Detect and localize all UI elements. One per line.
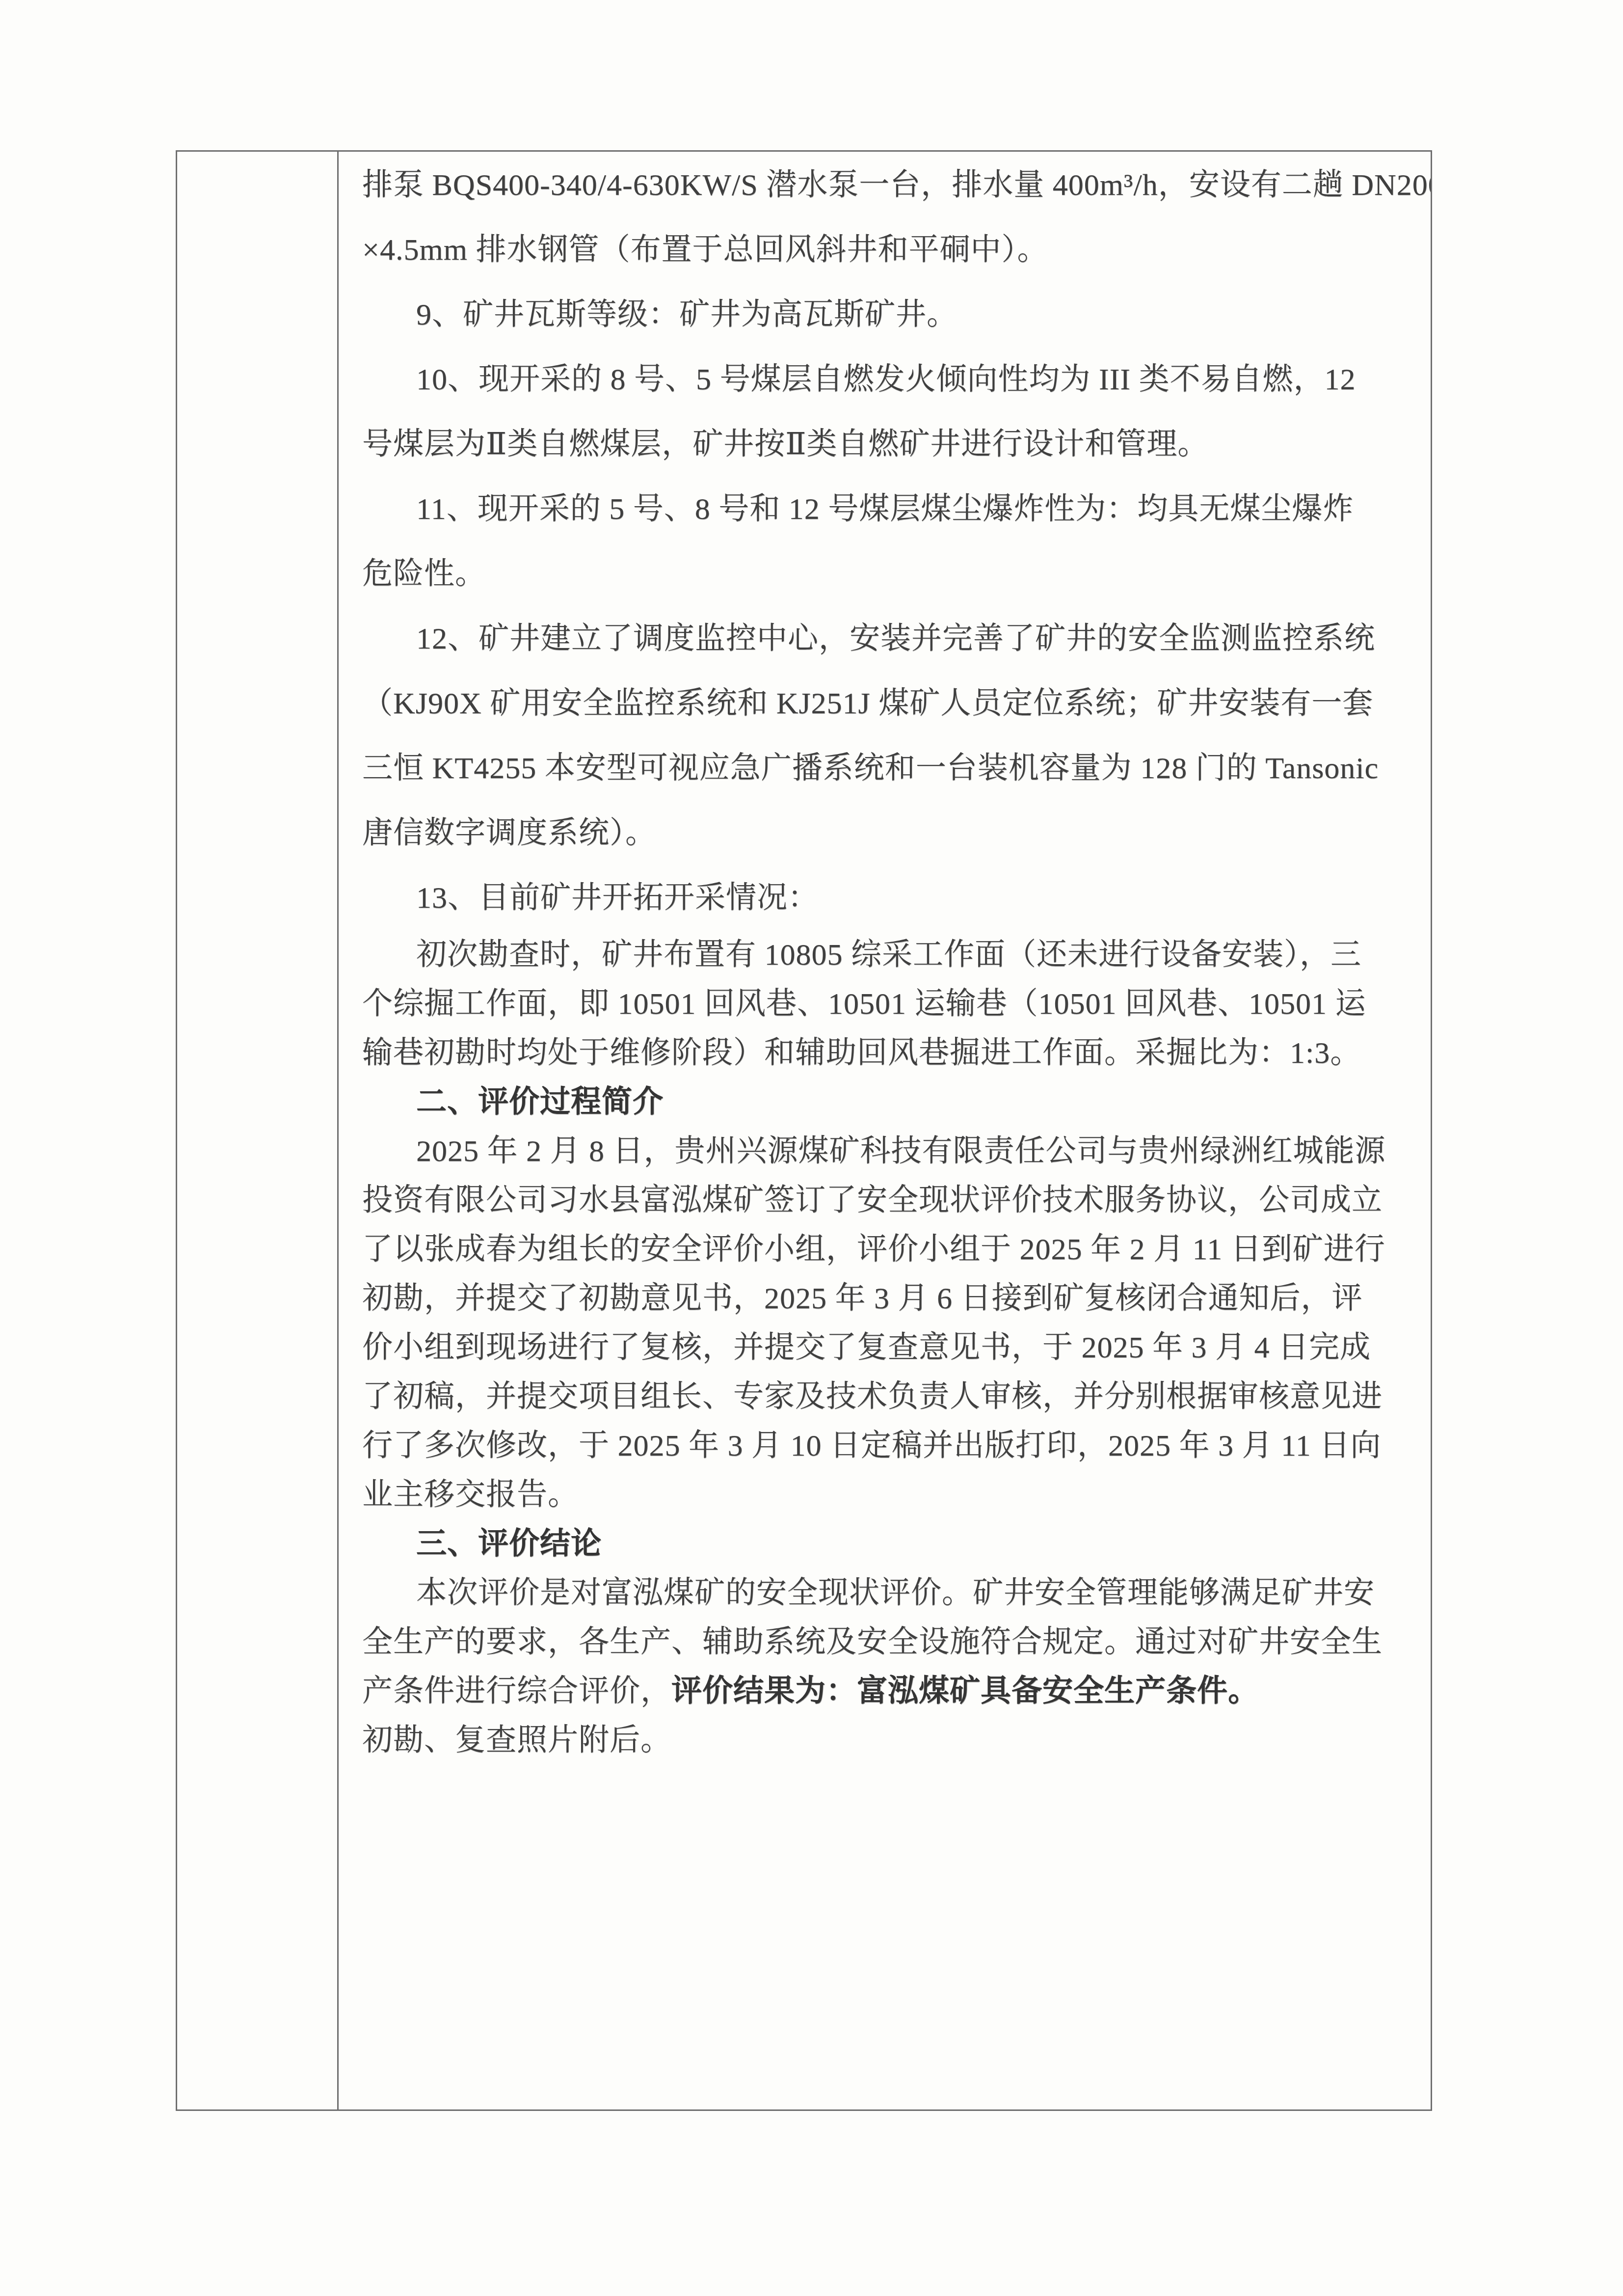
section-mine-overview: 排泵 BQS400-340/4-630KW/S 潜水泵一台，排水量 400m³/… [362,153,1421,930]
text-line: 投资有限公司习水县富泓煤矿签订了安全现状评价技术服务协议，公司成立 [362,1176,1421,1225]
text-line: 三恒 KT4255 本安型可视应急广播系统和一台装机容量为 128 门的 Tan… [362,736,1421,801]
line-text: 2025 年 2 月 8 日，贵州兴源煤矿科技有限责任公司与贵州绿洲红城能源 [416,1134,1386,1168]
text-line: 初勘、复查照片附后。 [362,1716,1421,1765]
line-text: 个综掘工作面，即 10501 回风巷、10501 运输巷（10501 回风巷、1… [362,987,1366,1021]
line-text: 危险性。 [362,557,486,591]
line-text: 了初稿，并提交项目组长、专家及技术负责人审核，并分别根据审核意见进 [362,1380,1383,1413]
line-text: 10、现开采的 8 号、5 号煤层自燃发火倾向性均为 III 类不易自燃，12 [416,363,1356,396]
line-text: 三、评价结论 [416,1527,602,1561]
text-line: 危险性。 [362,541,1421,606]
text-line: 三、评价结论 [362,1519,1421,1568]
text-line: 行了多次修改，于 2025 年 3 月 10 日定稿并出版打印，2025 年 3… [362,1421,1421,1470]
scanned-document-page: 排泵 BQS400-340/4-630KW/S 潜水泵一台，排水量 400m³/… [0,0,1623,2296]
line-text: 9、矿井瓦斯等级：矿井为高瓦斯矿井。 [416,298,958,331]
text-line: 输巷初勘时均处于维修阶段）和辅助回风巷掘进工作面。采掘比为：1:3。 [362,1028,1421,1078]
line-text: 全生产的要求，各生产、辅助系统及安全设施符合规定。通过对矿井安全生 [362,1625,1383,1659]
line-text: 11、现开采的 5 号、8 号和 12 号煤层煤尘爆炸性为：均具无煤尘爆炸 [416,492,1354,526]
text-line: 13、目前矿井开拓开采情况： [362,865,1421,930]
table-stub-cell [177,152,339,2109]
line-text: 价小组到现场进行了复核，并提交了复查意见书，于 2025 年 3 月 4 日完成 [362,1331,1371,1364]
text-line: 2025 年 2 月 8 日，贵州兴源煤矿科技有限责任公司与贵州绿洲红城能源 [362,1127,1421,1176]
section-evaluation: 初次勘查时，矿井布置有 10805 综采工作面（还未进行设备安装），三个综掘工作… [362,930,1421,1765]
text-line: 业主移交报告。 [362,1470,1421,1519]
text-line: 二、评价过程简介 [362,1078,1421,1127]
text-line: 10、现开采的 8 号、5 号煤层自燃发火倾向性均为 III 类不易自燃，12 [362,347,1421,412]
text-line: 全生产的要求，各生产、辅助系统及安全设施符合规定。通过对矿井安全生 [362,1618,1421,1667]
line-text: 13、目前矿井开拓开采情况： [416,881,819,915]
text-line: 初勘，并提交了初勘意见书，2025 年 3 月 6 日接到矿复核闭合通知后，评 [362,1274,1421,1323]
line-text: 了以张成春为组长的安全评价小组，评价小组于 2025 年 2 月 11 日到矿进… [362,1233,1385,1266]
line-text: 12、矿井建立了调度监控中心，安装并完善了矿井的安全监测监控系统 [416,622,1375,655]
line-text: 排泵 BQS400-340/4-630KW/S 潜水泵一台，排水量 400m³/… [362,168,1431,202]
text-line: 9、矿井瓦斯等级：矿井为高瓦斯矿井。 [362,282,1421,347]
text-line: 了初稿，并提交项目组长、专家及技术负责人审核，并分别根据审核意见进 [362,1372,1421,1421]
text-line: 唐信数字调度系统）。 [362,801,1421,865]
line-text: 二、评价过程简介 [416,1085,664,1119]
line-text: 初勘，并提交了初勘意见书，2025 年 3 月 6 日接到矿复核闭合通知后，评 [362,1282,1363,1315]
text-line: 12、矿井建立了调度监控中心，安装并完善了矿井的安全监测监控系统 [362,606,1421,671]
text-line: 了以张成春为组长的安全评价小组，评价小组于 2025 年 2 月 11 日到矿进… [362,1225,1421,1274]
text-line: 11、现开采的 5 号、8 号和 12 号煤层煤尘爆炸性为：均具无煤尘爆炸 [362,477,1421,541]
line-text: 产条件进行综合评价， [362,1675,671,1708]
line-text: （KJ90X 矿用安全监控系统和 KJ251J 煤矿人员定位系统；矿井安装有一套 [362,687,1373,720]
text-line: 产条件进行综合评价，评价结果为：富泓煤矿具备安全生产条件。 [362,1667,1421,1716]
line-text: 投资有限公司习水县富泓煤矿签订了安全现状评价技术服务协议，公司成立 [362,1184,1383,1217]
report-table: 排泵 BQS400-340/4-630KW/S 潜水泵一台，排水量 400m³/… [176,150,1432,2111]
line-text: 本次评价是对富泓煤矿的安全现状评价。矿井安全管理能够满足矿井安 [416,1576,1375,1610]
line-text: 初勘、复查照片附后。 [362,1724,671,1757]
line-text: 初次勘查时，矿井布置有 10805 综采工作面（还未进行设备安装），三 [416,938,1361,972]
text-line: 本次评价是对富泓煤矿的安全现状评价。矿井安全管理能够满足矿井安 [362,1568,1421,1618]
line-text: 行了多次修改，于 2025 年 3 月 10 日定稿并出版打印，2025 年 3… [362,1429,1381,1462]
text-line: 号煤层为Ⅱ类自燃煤层，矿井按Ⅱ类自燃矿井进行设计和管理。 [362,412,1421,477]
text-line: 初次勘查时，矿井布置有 10805 综采工作面（还未进行设备安装），三 [362,930,1421,979]
line-text: 业主移交报告。 [362,1478,579,1512]
line-text: 输巷初勘时均处于维修阶段）和辅助回风巷掘进工作面。采掘比为：1:3。 [362,1036,1361,1070]
line-text: 唐信数字调度系统）。 [362,816,656,850]
text-line: 排泵 BQS400-340/4-630KW/S 潜水泵一台，排水量 400m³/… [362,153,1421,217]
table-content-cell: 排泵 BQS400-340/4-630KW/S 潜水泵一台，排水量 400m³/… [339,152,1431,2109]
text-line: 价小组到现场进行了复核，并提交了复查意见书，于 2025 年 3 月 4 日完成 [362,1323,1421,1372]
line-text: ×4.5mm 排水钢管（布置于总回风斜井和平硐中）。 [362,233,1048,267]
line-text-bold: 评价结果为：富泓煤矿具备安全生产条件。 [671,1675,1259,1708]
line-text: 三恒 KT4255 本安型可视应急广播系统和一台装机容量为 128 门的 Tan… [362,752,1379,785]
text-line: （KJ90X 矿用安全监控系统和 KJ251J 煤矿人员定位系统；矿井安装有一套 [362,671,1421,736]
line-text: 号煤层为Ⅱ类自燃煤层，矿井按Ⅱ类自燃矿井进行设计和管理。 [362,428,1208,461]
text-line: 个综掘工作面，即 10501 回风巷、10501 运输巷（10501 回风巷、1… [362,979,1421,1028]
text-line: ×4.5mm 排水钢管（布置于总回风斜井和平硐中）。 [362,217,1421,282]
